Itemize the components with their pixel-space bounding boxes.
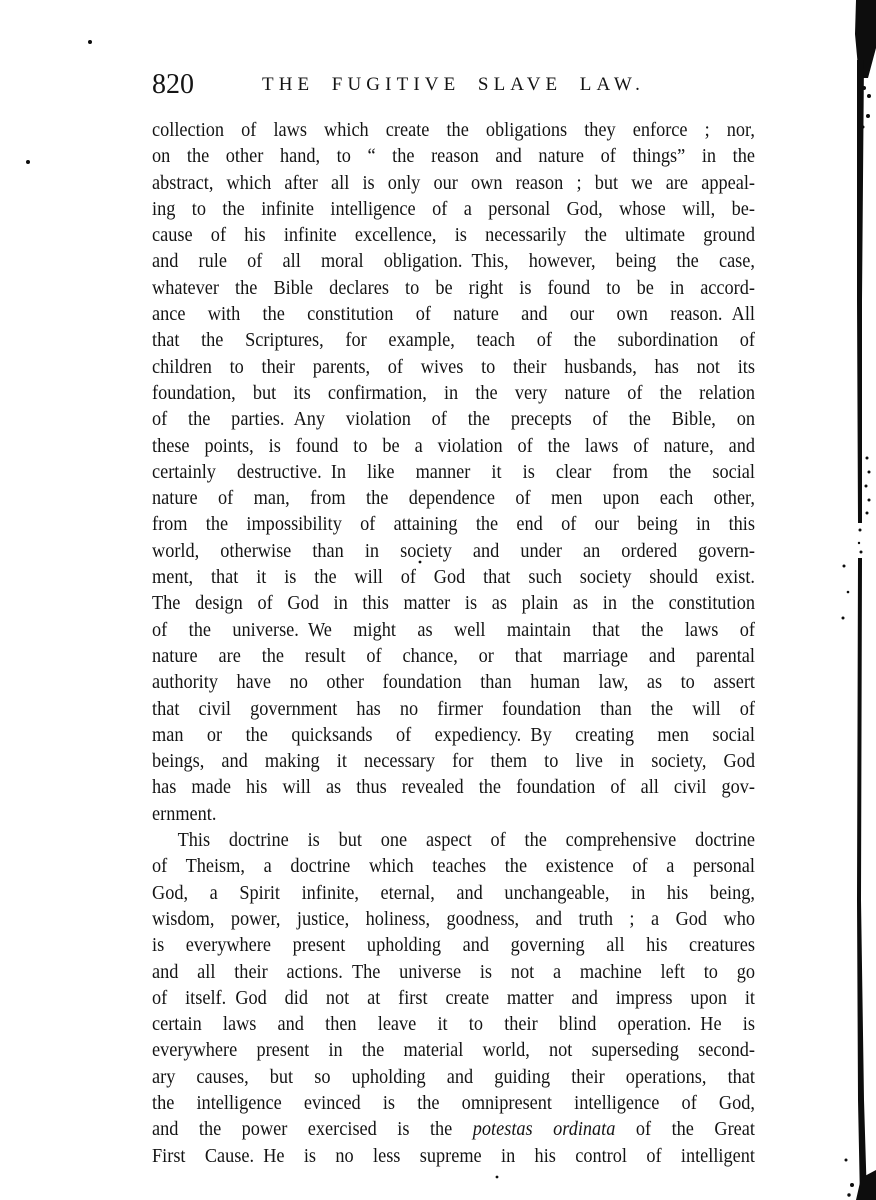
body-text: collection of laws which create the obli… [152, 117, 755, 1169]
paragraph: collection of laws which create the obli… [152, 117, 755, 827]
text-line: beings, and making it necessary for them… [152, 748, 755, 774]
text-line: whatever the Bible declares to be right … [152, 275, 755, 301]
text-line: collection of laws which create the obli… [152, 117, 755, 143]
text-line: from the impossibility of attaining the … [152, 511, 755, 537]
text-line: nature of man, from the dependence of me… [152, 485, 755, 511]
text-line: nature are the result of chance, or that… [152, 643, 755, 669]
text-line: abstract, which after all is only our ow… [152, 170, 755, 196]
text-line: is everywhere present upholding and gove… [152, 932, 755, 958]
text-line: wisdom, power, justice, holiness, goodne… [152, 906, 755, 932]
text-line: man or the quicksands of expediency. By … [152, 722, 755, 748]
text-line: authority have no other foundation than … [152, 669, 755, 695]
text-line: The design of God in this matter is as p… [152, 590, 755, 616]
text-line: cause of his infinite excellence, is nec… [152, 222, 755, 248]
text-line: foundation, but its confirmation, in the… [152, 380, 755, 406]
text-line: on the other hand, to “ the reason and n… [152, 143, 755, 169]
book-page: 820 THE FUGITIVE SLAVE LAW. collection o… [0, 0, 876, 1200]
text-line: and rule of all moral obligation. This, … [152, 248, 755, 274]
text-line: God, a Spirit infinite, eternal, and unc… [152, 880, 755, 906]
text-line: of the universe. We might as well mainta… [152, 617, 755, 643]
running-header: THE FUGITIVE SLAVE LAW. [152, 74, 755, 96]
text-line: ing to the infinite intelligence of a pe… [152, 196, 755, 222]
text-line: of itself. God did not at first create m… [152, 985, 755, 1011]
text-line: ment, that it is the will of God that su… [152, 564, 755, 590]
text-line: of Theism, a doctrine which teaches the … [152, 853, 755, 879]
text-line: the intelligence evinced is the omnipres… [152, 1090, 755, 1116]
text-line: This doctrine is but one aspect of the c… [152, 827, 755, 853]
text-line: First Cause. He is no less supreme in hi… [152, 1143, 755, 1169]
text-line: has made his will as thus revealed the f… [152, 774, 755, 800]
text-line: world, otherwise than in society and und… [152, 538, 755, 564]
text-line: that the Scriptures, for example, teach … [152, 327, 755, 353]
text-line: ary causes, but so upholding and guiding… [152, 1064, 755, 1090]
text-line: ance with the constitution of nature and… [152, 301, 755, 327]
text-line: certain laws and then leave it to their … [152, 1011, 755, 1037]
text-line: and all their actions. The universe is n… [152, 959, 755, 985]
text-line: ernment. [152, 801, 755, 827]
text-line: that civil government has no firmer foun… [152, 696, 755, 722]
text-line: certainly destructive. In like manner it… [152, 459, 755, 485]
paragraph: This doctrine is but one aspect of the c… [152, 827, 755, 1169]
text-line: of the parties. Any violation of the pre… [152, 406, 755, 432]
text-line: everywhere present in the material world… [152, 1037, 755, 1063]
text-line: children to their parents, of wives to t… [152, 354, 755, 380]
text-line: and the power exercised is the potestas … [152, 1116, 755, 1142]
text-line: these points, is found to be a violation… [152, 433, 755, 459]
